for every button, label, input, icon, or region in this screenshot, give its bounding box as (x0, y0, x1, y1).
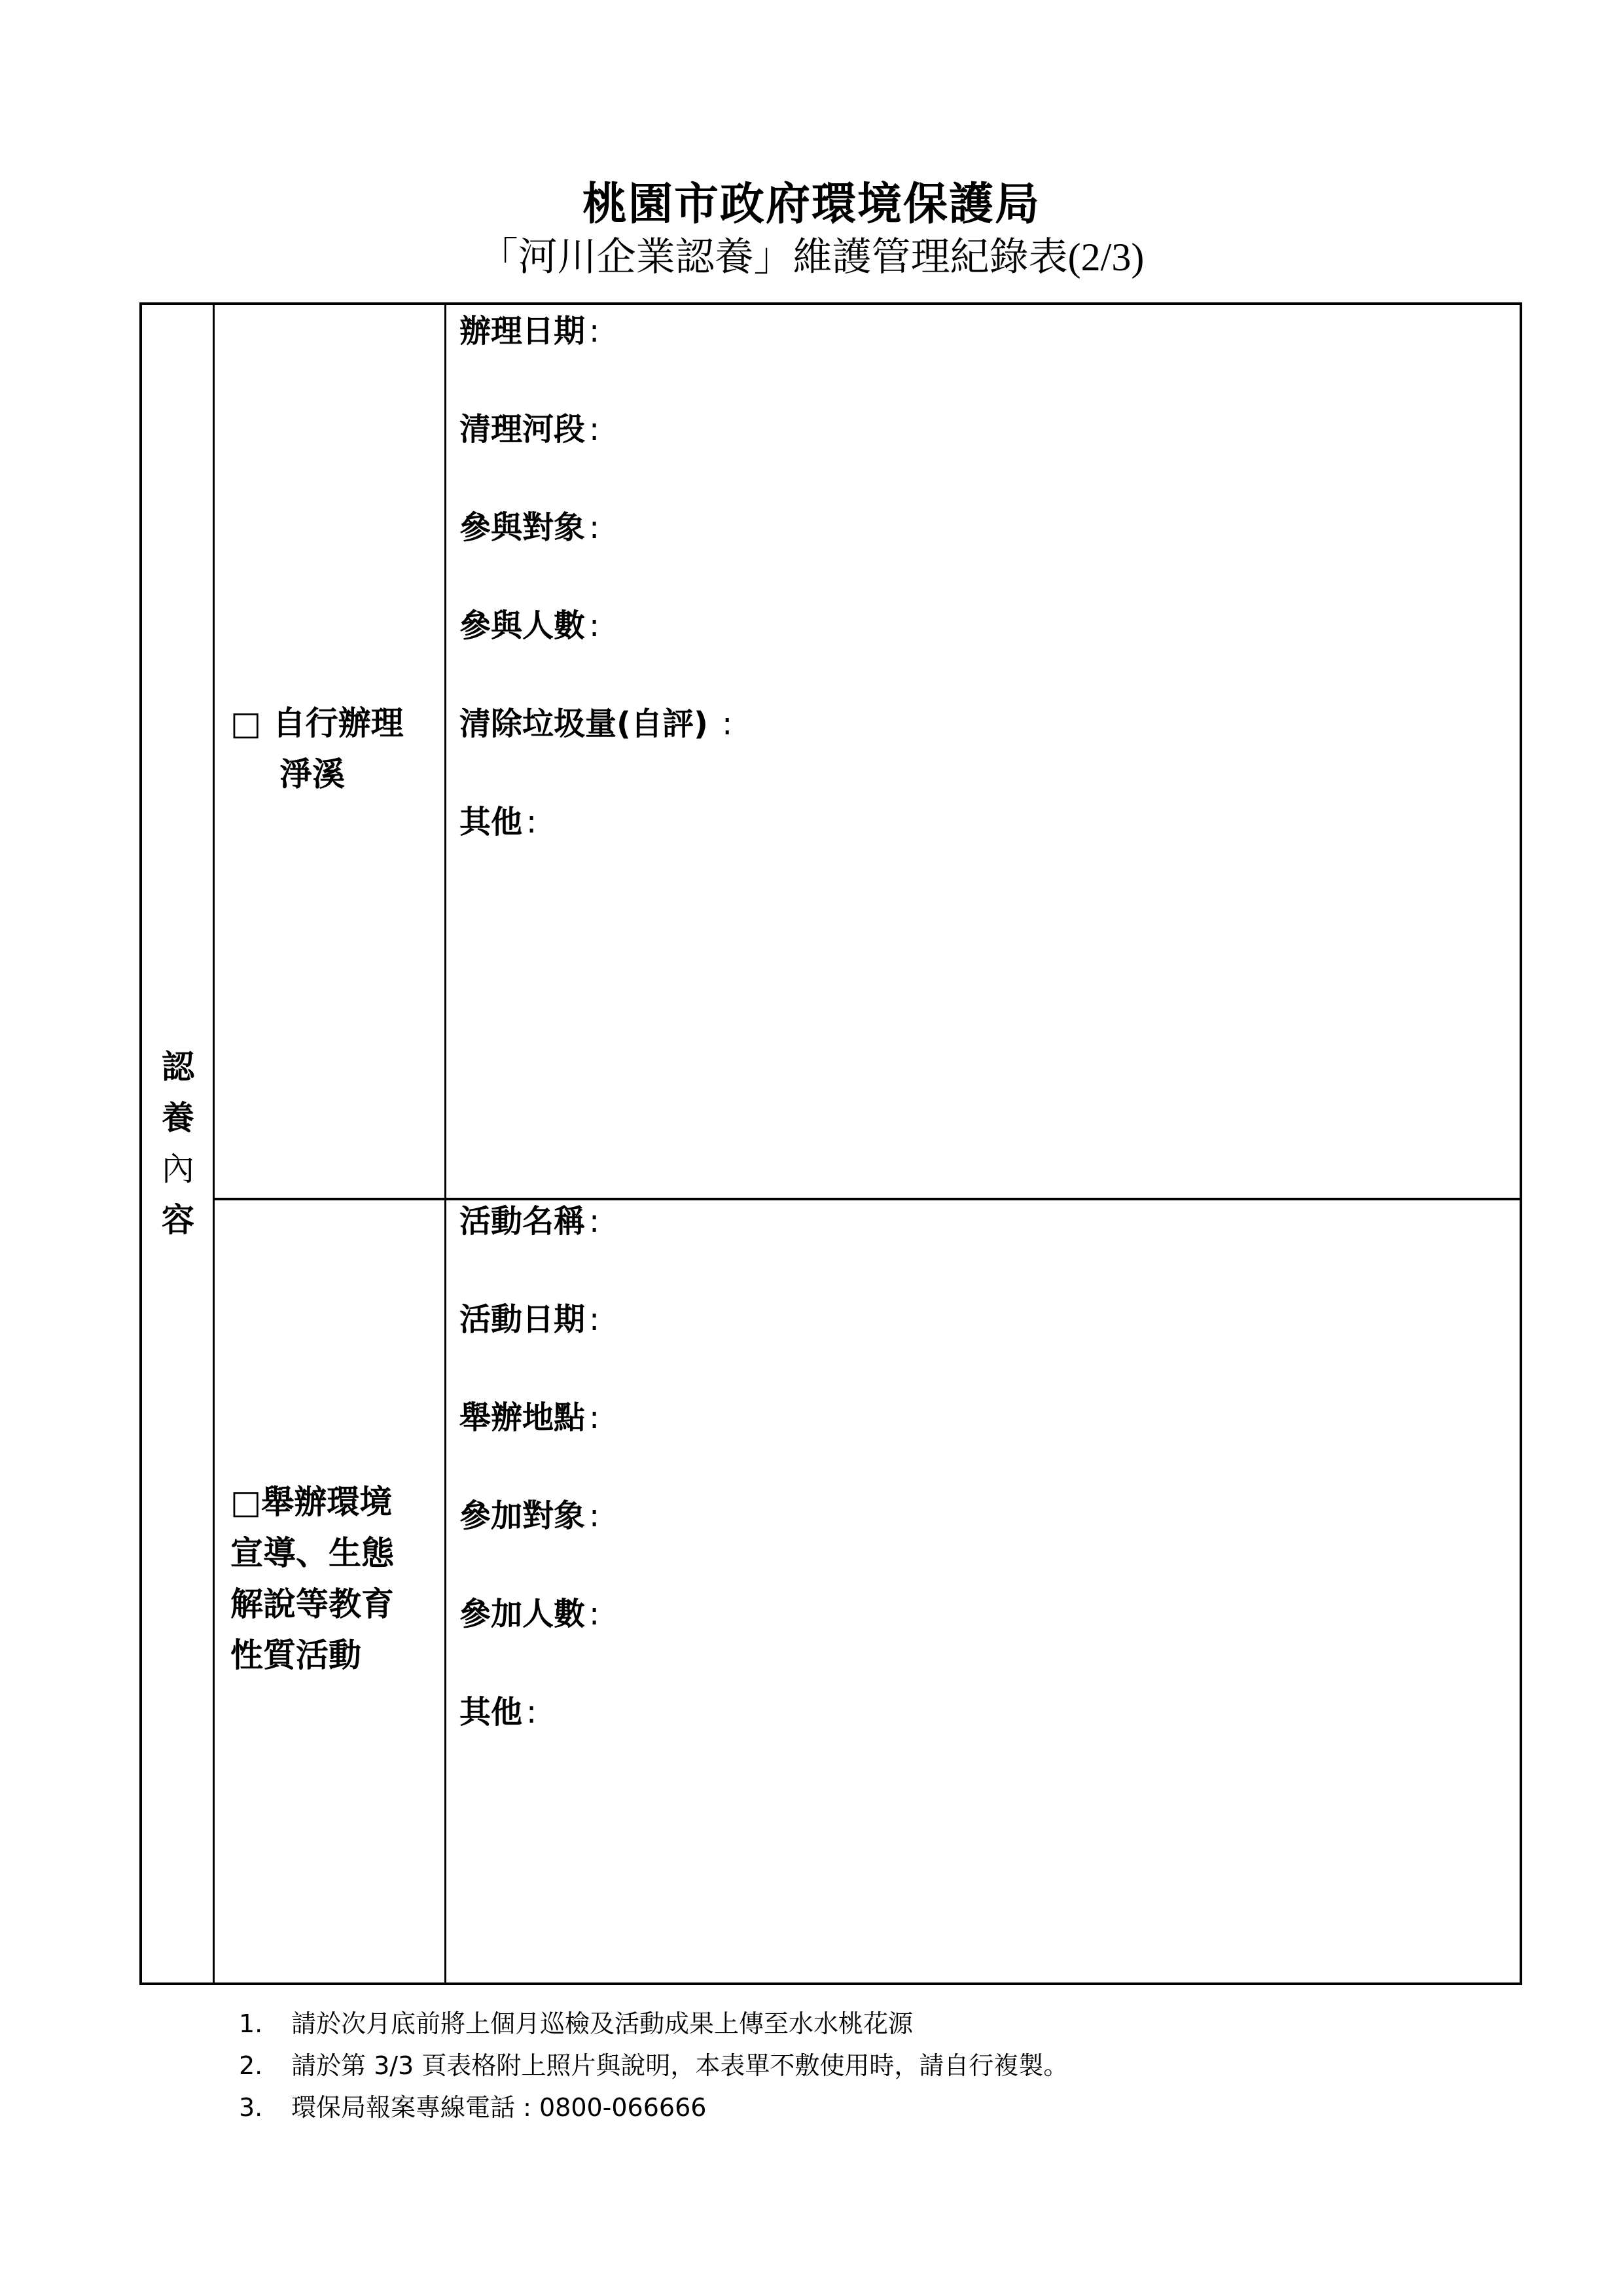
field-colon: : (589, 1203, 599, 1240)
column-divider-1 (213, 305, 215, 1982)
field-colon: : (589, 313, 599, 350)
field-colon: : (526, 804, 537, 840)
field-label: 參與對象 (459, 509, 585, 546)
page-indicator: (2/3) (1068, 236, 1145, 279)
category-line: □舉辦環境 (230, 1477, 446, 1528)
field-colon: : (589, 1301, 599, 1338)
field-garbage-amount[interactable]: 清除垃圾量(自評) : (459, 704, 732, 802)
field-attendees[interactable]: 參加對象: (459, 1496, 599, 1594)
field-colon: : (589, 1596, 599, 1632)
field-label: 清理河段 (459, 411, 585, 448)
field-label: 參與人數 (459, 607, 585, 644)
row-header-char: 內 (155, 1143, 201, 1194)
field-other[interactable]: 其他: (459, 802, 732, 901)
agency-title: 桃園市政府環境保護局 (0, 169, 1623, 232)
category-education-activity[interactable]: □舉辦環境 宣導、生態 解說等教育 性質活動 (230, 1477, 446, 1681)
field-date[interactable]: 辦理日期: (459, 312, 732, 410)
category-line: □ 自行辦理 (230, 698, 453, 749)
field-colon: : (712, 706, 732, 742)
field-colon: : (589, 1498, 599, 1534)
row-header-adoption-content: 認 養 內 容 (155, 1041, 201, 1246)
note-item: 2.請於第 3/3 頁表格附上照片與說明，本表單不敷使用時，請自行複製。 (239, 2045, 1068, 2087)
note-number: 3. (239, 2087, 291, 2128)
field-attendee-count[interactable]: 參加人數: (459, 1594, 599, 1693)
field-participant-count[interactable]: 參與人數: (459, 606, 732, 704)
note-item: 1.請於次月底前將上個月巡檢及活動成果上傳至水水桃花源 (239, 2003, 1068, 2045)
category-line: 性質活動 (230, 1630, 446, 1681)
field-label: 活動日期 (459, 1301, 585, 1338)
field-label: 清除垃圾量(自評) (459, 706, 708, 742)
note-item: 3.環保局報案專線電話 : 0800-066666 (239, 2087, 1068, 2128)
field-colon: : (589, 1399, 599, 1436)
form-title: 「河川企業認養」維護管理紀錄表(2/3) (0, 226, 1623, 282)
field-venue[interactable]: 舉辦地點: (459, 1398, 599, 1496)
notes-list: 1.請於次月底前將上個月巡檢及活動成果上傳至水水桃花源 2.請於第 3/3 頁表… (239, 2003, 1068, 2128)
note-text: 請於第 3/3 頁表格附上照片與說明，本表單不敷使用時，請自行複製。 (291, 2051, 1068, 2080)
category-self-cleanup[interactable]: □ 自行辦理 淨溪 (230, 698, 453, 800)
field-river-section[interactable]: 清理河段: (459, 410, 732, 508)
category-line: 宣導、生態 (230, 1528, 446, 1579)
field-colon: : (589, 509, 599, 546)
field-other[interactable]: 其他: (459, 1693, 599, 1791)
field-colon: : (589, 411, 599, 448)
education-activity-fields: 活動名稱: 活動日期: 舉辦地點: 參加對象: 參加人數: 其他: (459, 1202, 599, 1791)
note-number: 2. (239, 2045, 291, 2087)
self-cleanup-fields: 辦理日期: 清理河段: 參與對象: 參與人數: 清除垃圾量(自評) : 其他: (459, 312, 732, 901)
row-header-char: 認 (155, 1041, 201, 1092)
field-label: 辦理日期 (459, 313, 585, 350)
category-line: 解說等教育 (230, 1579, 446, 1630)
field-label: 舉辦地點 (459, 1399, 585, 1436)
row-header-char: 容 (155, 1194, 201, 1246)
column-divider-2 (444, 305, 446, 1982)
form-title-text: 「河川企業認養」維護管理紀錄表 (479, 234, 1068, 280)
field-label: 參加人數 (459, 1596, 585, 1632)
field-activity-name[interactable]: 活動名稱: (459, 1202, 599, 1300)
record-table: 認 養 內 容 □ 自行辦理 淨溪 □舉辦環境 宣導、生態 解說等教育 性質活動… (139, 302, 1522, 1985)
note-text: 請於次月底前將上個月巡檢及活動成果上傳至水水桃花源 (291, 2009, 913, 2038)
field-label: 參加對象 (459, 1498, 585, 1534)
field-activity-date[interactable]: 活動日期: (459, 1300, 599, 1398)
field-label: 其他 (459, 804, 522, 840)
note-number: 1. (239, 2003, 291, 2045)
category-line: 淨溪 (230, 749, 453, 800)
field-colon: : (526, 1694, 537, 1731)
row-divider (214, 1198, 1520, 1200)
field-participants[interactable]: 參與對象: (459, 508, 732, 606)
note-text: 環保局報案專線電話 : 0800-066666 (291, 2093, 706, 2122)
row-header-char: 養 (155, 1092, 201, 1143)
field-colon: : (589, 607, 599, 644)
field-label: 其他 (459, 1694, 522, 1731)
field-label: 活動名稱 (459, 1203, 585, 1240)
